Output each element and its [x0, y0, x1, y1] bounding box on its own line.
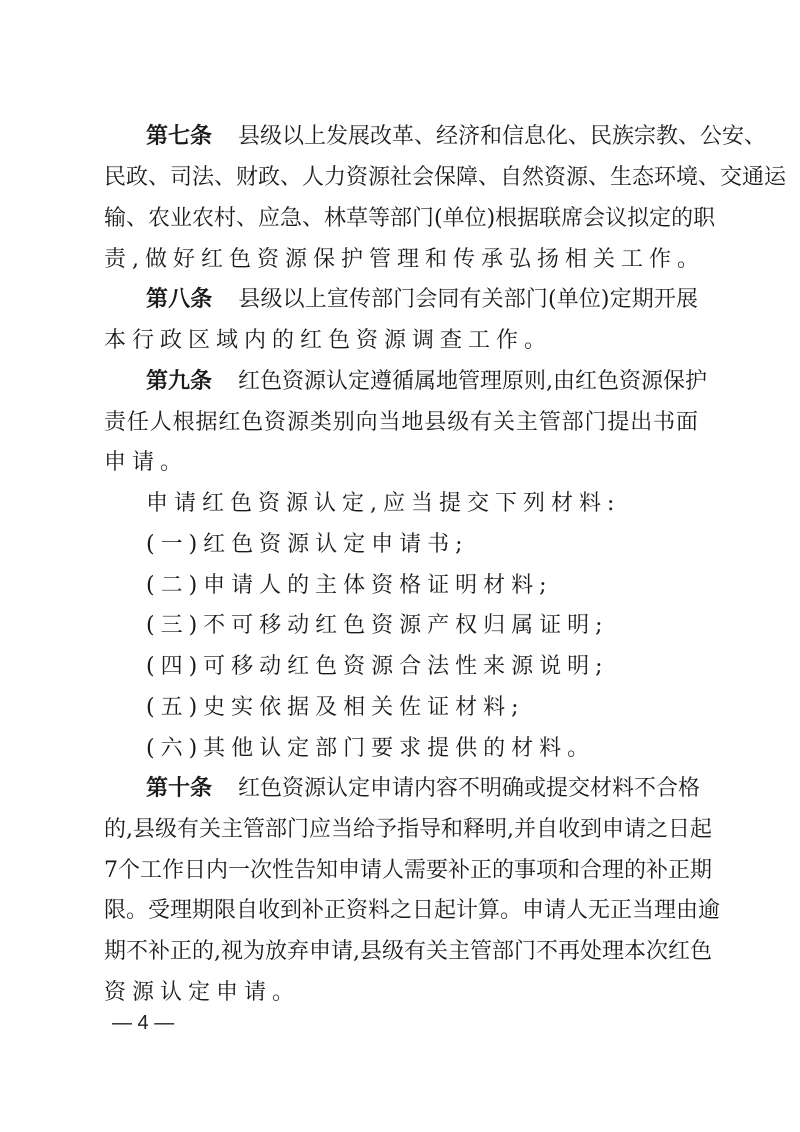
line-text: 红色资源认定遵循属地管理原则,由红色资源保护: [238, 369, 707, 394]
list-item-5: (五)史实依据及相关佐证材料;: [146, 693, 698, 723]
list-item-6: (六)其他认定部门要求提供的材料。: [146, 734, 698, 764]
text-line: 责,做好红色资源保护管理和传承弘扬相关工作。: [104, 245, 698, 275]
article-heading: 第十条: [146, 776, 212, 801]
text-line: 资源认定申请。: [104, 978, 698, 1008]
document-page: 第七条县级以上发展改革、经济和信息化、民族宗教、公安、 民政、司法、财政、人力资…: [0, 0, 800, 1132]
line-text: 县级以上发展改革、经济和信息化、民族宗教、公安、: [238, 124, 766, 149]
page-number: — 4 —: [112, 1010, 174, 1036]
list-item-2: (二)申请人的主体资格证明材料;: [146, 571, 698, 601]
text-line: 的,县级有关主管部门应当给予指导和释明,并自收到申请之日起: [104, 815, 698, 845]
list-item-1: (一)红色资源认定申请书;: [146, 530, 698, 560]
text-line: 期不补正的,视为放弃申请,县级有关主管部门不再处理本次红色: [104, 937, 698, 967]
text-line: 民政、司法、财政、人力资源社会保障、自然资源、生态环境、交通运: [104, 163, 698, 193]
materials-intro: 申请红色资源认定,应当提交下列材料:: [146, 489, 698, 519]
article-heading: 第七条: [146, 124, 212, 149]
text-line: 限。受理期限自收到补正资料之日起计算。申请人无正当理由逾: [104, 896, 698, 926]
list-item-3: (三)不可移动红色资源产权归属证明;: [146, 611, 698, 641]
text-line: 本行政区域内的红色资源调查工作。: [104, 326, 698, 356]
line-text: 红色资源认定申请内容不明确或提交材料不合格: [238, 776, 700, 801]
text-line: 申请。: [104, 448, 698, 478]
text-line: 责任人根据红色资源类别向当地县级有关主管部门提出书面: [104, 408, 698, 438]
list-item-4: (四)可移动红色资源合法性来源说明;: [146, 652, 698, 682]
line-text: 县级以上宣传部门会同有关部门(单位)定期开展: [238, 287, 698, 312]
article-heading: 第九条: [146, 369, 212, 394]
article-8-line-1: 第八条县级以上宣传部门会同有关部门(单位)定期开展: [146, 285, 698, 315]
article-10-line-1: 第十条红色资源认定申请内容不明确或提交材料不合格: [146, 774, 698, 804]
article-9-line-1: 第九条红色资源认定遵循属地管理原则,由红色资源保护: [146, 367, 698, 397]
text-line: 输、农业农村、应急、林草等部门(单位)根据联席会议拟定的职: [104, 204, 698, 234]
article-heading: 第八条: [146, 287, 212, 312]
text-line: 7个工作日内一次性告知申请人需要补正的事项和合理的补正期: [104, 856, 698, 886]
article-7-line-1: 第七条县级以上发展改革、经济和信息化、民族宗教、公安、: [146, 122, 698, 152]
